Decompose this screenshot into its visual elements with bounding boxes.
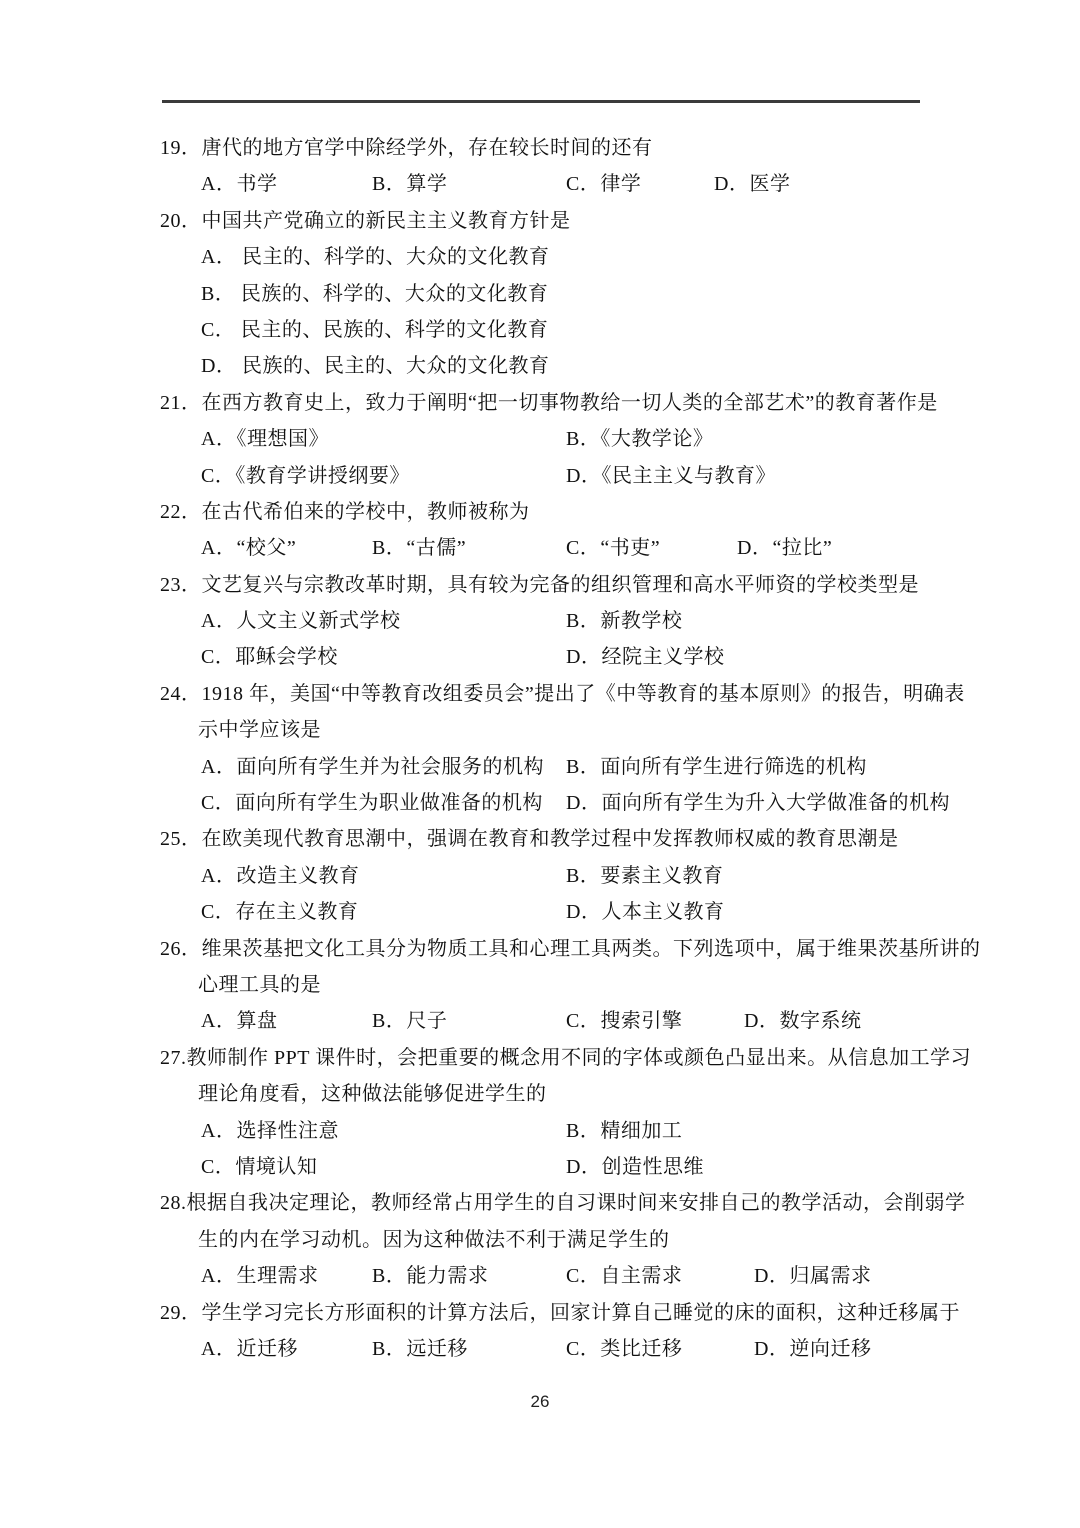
question-number: 19． xyxy=(160,137,202,159)
question-28: 28.根据自我决定理论，教师经常占用学生的自习课时间来安排自己的教学活动，会削弱… xyxy=(160,1185,950,1294)
question-29: 29．学生学习完长方形面积的计算方法后，回家计算自己睡觉的床的面积，这种迁移属于… xyxy=(160,1295,950,1368)
question-stem: 中国共产党确立的新民主主义教育方针是 xyxy=(202,210,571,232)
option-d: D．创造性思维 xyxy=(566,1149,704,1185)
question-stem-continued: 理论角度看，这种做法能够促进学生的 xyxy=(160,1076,950,1112)
header-rule xyxy=(162,100,920,103)
option-c: C．搜索引擎 xyxy=(566,1003,682,1039)
question-number: 21． xyxy=(160,392,202,414)
options-row: C．《教育学讲授纲要》 D．《民主主义与教育》 xyxy=(160,458,950,494)
question-stem-line: 28.根据自我决定理论，教师经常占用学生的自习课时间来安排自己的教学活动，会削弱… xyxy=(160,1185,950,1221)
option-a: A．《理想国》 xyxy=(201,421,329,457)
question-number: 26． xyxy=(160,938,202,960)
option-b: B．面向所有学生进行筛选的机构 xyxy=(566,749,867,785)
question-number: 25． xyxy=(160,828,202,850)
option-a: A．改造主义教育 xyxy=(201,858,359,894)
question-stem-line: 19．唐代的地方官学中除经学外，存在较长时间的还有 xyxy=(160,130,950,166)
options-row: A．“校父” B．“古儒” C．“书吏” D．“拉比” xyxy=(160,530,950,566)
question-stem-line: 26．维果茨基把文化工具分为物质工具和心理工具两类。下列选项中，属于维果茨基所讲… xyxy=(160,931,950,967)
option-d: D．数字系统 xyxy=(744,1003,861,1039)
option-d: D．《民主主义与教育》 xyxy=(566,458,776,494)
question-stem: 学生学习完长方形面积的计算方法后，回家计算自己睡觉的床的面积，这种迁移属于 xyxy=(202,1302,961,1324)
option-c: C．自主需求 xyxy=(566,1258,682,1294)
option-b: B．要素主义教育 xyxy=(566,858,723,894)
option-d: D．逆向迁移 xyxy=(754,1331,871,1367)
question-stem-line: 27.教师制作 PPT 课件时，会把重要的概念用不同的字体或颜色凸显出来。从信息… xyxy=(160,1040,950,1076)
option-a: A． 民主的、科学的、大众的文化教育 xyxy=(160,239,950,275)
option-c: C．面向所有学生为职业做准备的机构 xyxy=(201,785,543,821)
question-22: 22．在古代希伯来的学校中，教师被称为 A．“校父” B．“古儒” C．“书吏”… xyxy=(160,494,950,567)
questions-area: 19．唐代的地方官学中除经学外，存在较长时间的还有 A．书学 B．算学 C．律学… xyxy=(160,130,950,1367)
question-stem-line: 21．在西方教育史上，致力于阐明“把一切事物教给一切人类的全部艺术”的教育著作是 xyxy=(160,385,950,421)
question-number: 27. xyxy=(160,1047,187,1069)
question-21: 21．在西方教育史上，致力于阐明“把一切事物教给一切人类的全部艺术”的教育著作是… xyxy=(160,385,950,494)
option-d: D．面向所有学生为升入大学做准备的机构 xyxy=(566,785,950,821)
option-d: D． 民族的、民主的、大众的文化教育 xyxy=(160,348,950,384)
question-number: 24． xyxy=(160,683,202,705)
page-number: 26 xyxy=(0,1392,1080,1412)
options-row: A．近迁移 B．远迁移 C．类比迁移 D．逆向迁移 xyxy=(160,1331,950,1367)
question-stem-continued: 心理工具的是 xyxy=(160,967,950,1003)
question-number: 23． xyxy=(160,574,202,596)
option-b: B．远迁移 xyxy=(372,1331,468,1367)
option-a: A．选择性注意 xyxy=(201,1113,339,1149)
option-a: A．书学 xyxy=(201,166,277,202)
options-row: A．选择性注意 B．精细加工 xyxy=(160,1113,950,1149)
option-b: B．新教学校 xyxy=(566,603,682,639)
question-27: 27.教师制作 PPT 课件时，会把重要的概念用不同的字体或颜色凸显出来。从信息… xyxy=(160,1040,950,1186)
option-d: D．人本主义教育 xyxy=(566,894,724,930)
question-stem-line: 29．学生学习完长方形面积的计算方法后，回家计算自己睡觉的床的面积，这种迁移属于 xyxy=(160,1295,950,1331)
question-stem: 在西方教育史上，致力于阐明“把一切事物教给一切人类的全部艺术”的教育著作是 xyxy=(202,392,938,414)
option-d: D．归属需求 xyxy=(754,1258,871,1294)
option-d: D．“拉比” xyxy=(737,530,832,566)
question-stem: 1918 年，美国“中等教育改组委员会”提出了《中等教育的基本原则》的报告，明确… xyxy=(202,683,965,705)
question-23: 23．文艺复兴与宗教改革时期，具有较为完备的组织管理和高水平师资的学校类型是 A… xyxy=(160,567,950,676)
question-stem: 在古代希伯来的学校中，教师被称为 xyxy=(202,501,530,523)
question-stem: 教师制作 PPT 课件时，会把重要的概念用不同的字体或颜色凸显出来。从信息加工学… xyxy=(187,1047,972,1069)
option-b: B．精细加工 xyxy=(566,1113,682,1149)
question-stem-continued: 生的内在学习动机。因为这种做法不利于满足学生的 xyxy=(160,1222,950,1258)
option-a: A．近迁移 xyxy=(201,1331,298,1367)
question-stem-line: 23．文艺复兴与宗教改革时期，具有较为完备的组织管理和高水平师资的学校类型是 xyxy=(160,567,950,603)
options-row: A．《理想国》 B．《大教学论》 xyxy=(160,421,950,457)
option-c: C．类比迁移 xyxy=(566,1331,682,1367)
question-19: 19．唐代的地方官学中除经学外，存在较长时间的还有 A．书学 B．算学 C．律学… xyxy=(160,130,950,203)
question-stem-line: 25．在欧美现代教育思潮中，强调在教育和教学过程中发挥教师权威的教育思潮是 xyxy=(160,821,950,857)
option-a: A．面向所有学生并为社会服务的机构 xyxy=(201,749,544,785)
question-25: 25．在欧美现代教育思潮中，强调在教育和教学过程中发挥教师权威的教育思潮是 A．… xyxy=(160,821,950,930)
question-24: 24．1918 年，美国“中等教育改组委员会”提出了《中等教育的基本原则》的报告… xyxy=(160,676,950,822)
option-b: B．能力需求 xyxy=(372,1258,488,1294)
option-a: A．算盘 xyxy=(201,1003,277,1039)
option-a: A．生理需求 xyxy=(201,1258,318,1294)
options-row: A．书学 B．算学 C．律学 D．医学 xyxy=(160,166,950,202)
question-stem: 维果茨基把文化工具分为物质工具和心理工具两类。下列选项中，属于维果茨基所讲的 xyxy=(202,938,981,960)
options-row: C．耶稣会学校 D．经院主义学校 xyxy=(160,639,950,675)
option-c: C．情境认知 xyxy=(201,1149,317,1185)
option-a: A．“校父” xyxy=(201,530,296,566)
option-b: B．“古儒” xyxy=(372,530,466,566)
option-c: C．《教育学讲授纲要》 xyxy=(201,458,410,494)
options-row: C．面向所有学生为职业做准备的机构 D．面向所有学生为升入大学做准备的机构 xyxy=(160,785,950,821)
question-stem-line: 20．中国共产党确立的新民主主义教育方针是 xyxy=(160,203,950,239)
options-row: A．面向所有学生并为社会服务的机构 B．面向所有学生进行筛选的机构 xyxy=(160,749,950,785)
options-row: A．改造主义教育 B．要素主义教育 xyxy=(160,858,950,894)
option-c: C． 民主的、民族的、科学的文化教育 xyxy=(160,312,950,348)
option-b: B． 民族的、科学的、大众的文化教育 xyxy=(160,276,950,312)
question-number: 22． xyxy=(160,501,202,523)
option-c: C．存在主义教育 xyxy=(201,894,358,930)
options-row: C．情境认知 D．创造性思维 xyxy=(160,1149,950,1185)
question-stem-continued: 示中学应该是 xyxy=(160,712,950,748)
option-d: D．医学 xyxy=(714,166,790,202)
question-stem: 根据自我决定理论，教师经常占用学生的自习课时间来安排自己的教学活动，会削弱学 xyxy=(187,1192,966,1214)
option-c: C．律学 xyxy=(566,166,641,202)
question-stem: 文艺复兴与宗教改革时期，具有较为完备的组织管理和高水平师资的学校类型是 xyxy=(202,574,920,596)
question-stem: 在欧美现代教育思潮中，强调在教育和教学过程中发挥教师权威的教育思潮是 xyxy=(202,828,899,850)
option-c: C．耶稣会学校 xyxy=(201,639,338,675)
option-d: D．经院主义学校 xyxy=(566,639,724,675)
option-b: B．《大教学论》 xyxy=(566,421,713,457)
question-stem-line: 22．在古代希伯来的学校中，教师被称为 xyxy=(160,494,950,530)
options-row: A．算盘 B．尺子 C．搜索引擎 D．数字系统 xyxy=(160,1003,950,1039)
option-a: A．人文主义新式学校 xyxy=(201,603,400,639)
option-c: C．“书吏” xyxy=(566,530,660,566)
options-row: C．存在主义教育 D．人本主义教育 xyxy=(160,894,950,930)
options-row: A．生理需求 B．能力需求 C．自主需求 D．归属需求 xyxy=(160,1258,950,1294)
option-b: B．算学 xyxy=(372,166,447,202)
options-row: A．人文主义新式学校 B．新教学校 xyxy=(160,603,950,639)
question-20: 20．中国共产党确立的新民主主义教育方针是 A． 民主的、科学的、大众的文化教育… xyxy=(160,203,950,385)
question-26: 26．维果茨基把文化工具分为物质工具和心理工具两类。下列选项中，属于维果茨基所讲… xyxy=(160,931,950,1040)
question-stem-line: 24．1918 年，美国“中等教育改组委员会”提出了《中等教育的基本原则》的报告… xyxy=(160,676,950,712)
option-b: B．尺子 xyxy=(372,1003,447,1039)
question-number: 20． xyxy=(160,210,202,232)
question-stem: 唐代的地方官学中除经学外，存在较长时间的还有 xyxy=(202,137,653,159)
question-number: 28. xyxy=(160,1192,187,1214)
question-number: 29． xyxy=(160,1302,202,1324)
